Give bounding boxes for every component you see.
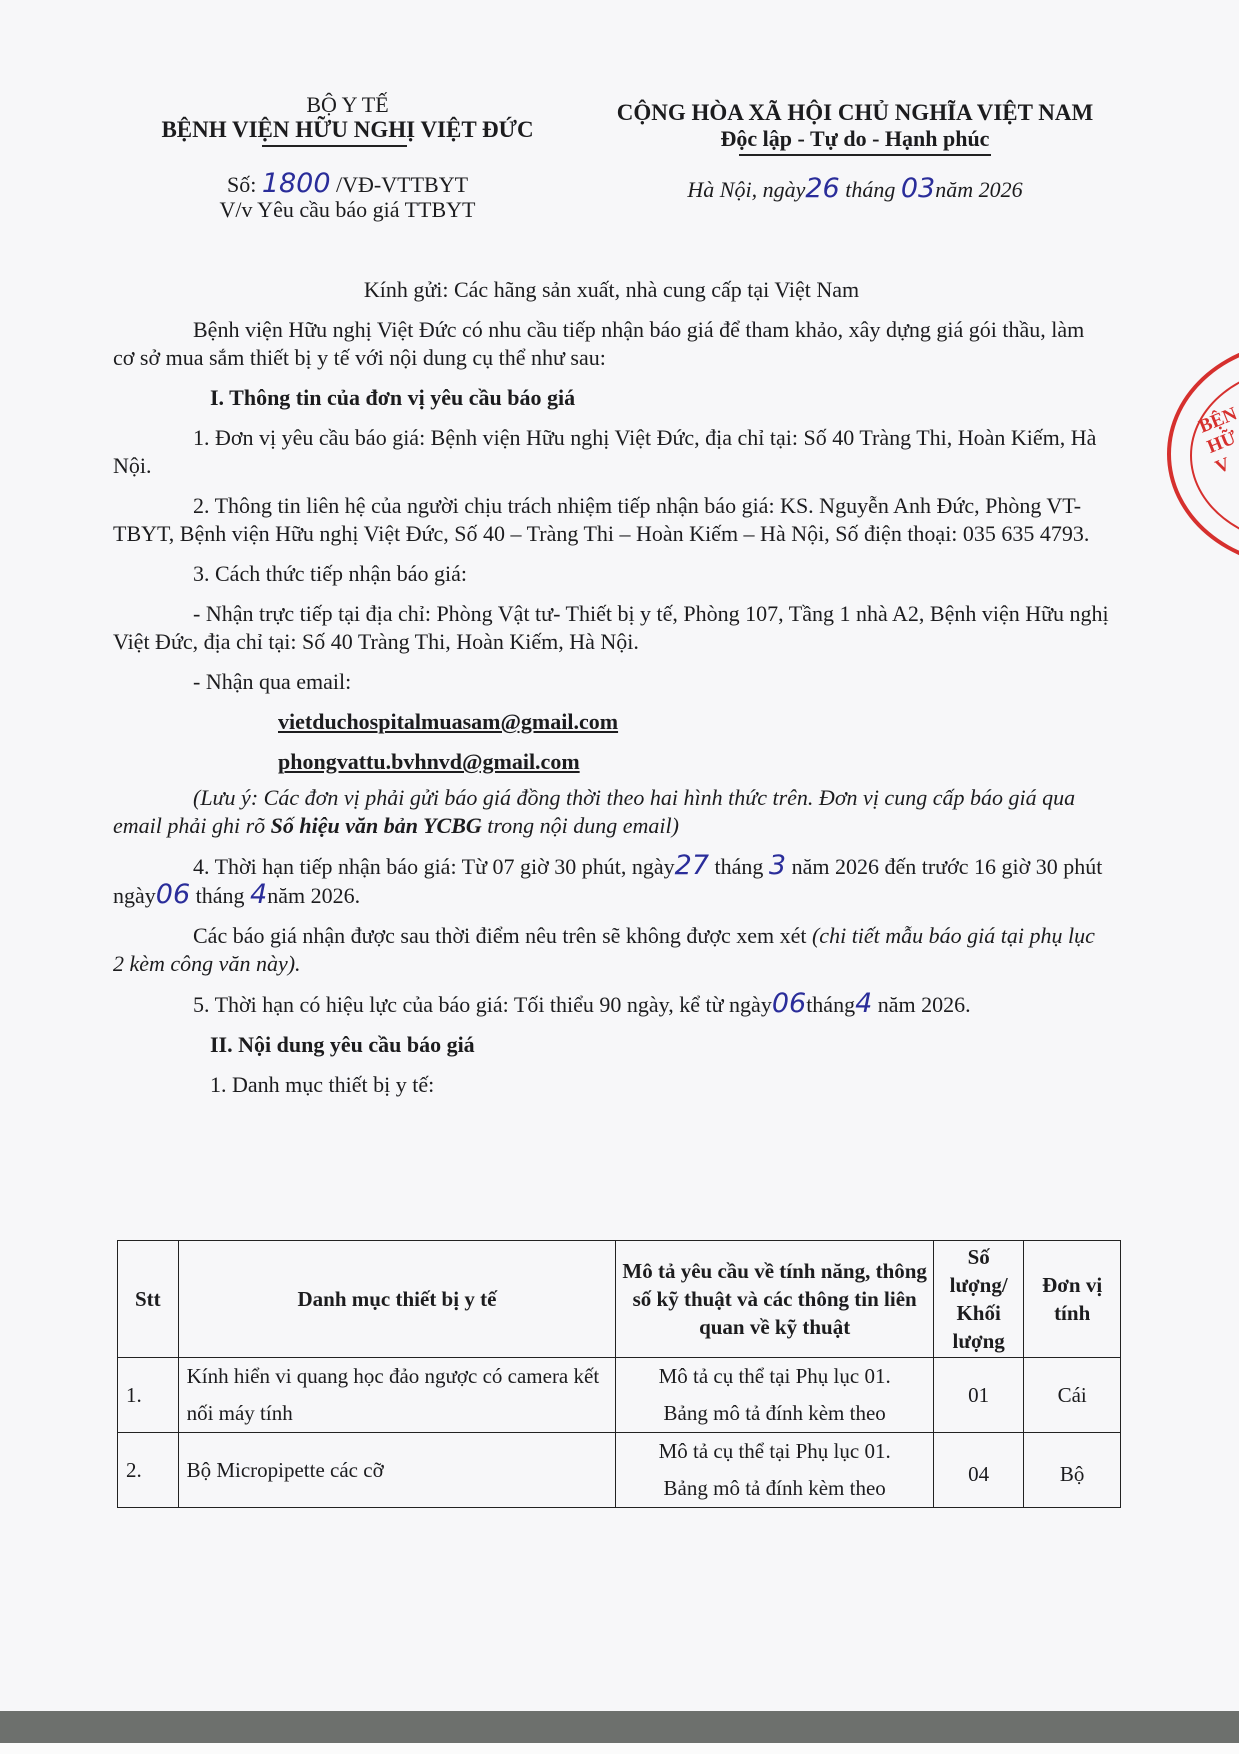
national-header: CỘNG HÒA XÃ HỘI CHỦ NGHĨA VIỆT NAM Độc l… xyxy=(585,100,1125,203)
equipment-table: Stt Danh mục thiết bị y tế Mô tả yêu cầu… xyxy=(117,1240,1121,1508)
direct-delivery-info: - Nhận trực tiếp tại địa chỉ: Phòng Vật … xyxy=(113,600,1110,656)
document-subject: V/v Yêu cầu báo giá TTBYT xyxy=(130,198,565,222)
motto-underline xyxy=(739,154,991,156)
description-line-2: Bảng mô tả đính kèm theo xyxy=(624,1395,925,1432)
intro-paragraph: Bệnh viện Hữu nghị Việt Đức có nhu cầu t… xyxy=(113,316,1110,372)
ministry-name: BỘ Y TẾ xyxy=(130,93,565,117)
doc-number-suffix: /VĐ-VTTBYT xyxy=(336,172,468,197)
handwritten-validity-month: 4 xyxy=(855,988,872,1019)
scanner-bottom-margin xyxy=(0,1743,1239,1754)
cell-stt: 1. xyxy=(118,1358,179,1433)
description-line-1: Mô tả cụ thể tại Phụ lục 01. xyxy=(624,1433,925,1470)
section-1-item-3: 3. Cách thức tiếp nhận báo giá: xyxy=(113,560,1110,588)
scanner-edge-bar xyxy=(0,1711,1239,1743)
description-line-2: Bảng mô tả đính kèm theo xyxy=(624,1470,925,1507)
handwritten-validity-day: 06 xyxy=(772,988,806,1019)
item5-text-b: tháng xyxy=(806,992,855,1017)
hospital-name: BỆNH VIỆN HỮU NGHỊ VIỆT ĐỨC xyxy=(130,117,565,143)
date-prefix: Hà Nội, ngày xyxy=(687,177,805,202)
cell-description: Mô tả cụ thể tại Phụ lục 01. Bảng mô tả … xyxy=(616,1358,934,1433)
description-line-1: Mô tả cụ thể tại Phụ lục 01. xyxy=(624,1358,925,1395)
document-number: Số: 1800 /VĐ-VTTBYT xyxy=(130,171,565,198)
header-quantity: Số lượng/ Khối lượng xyxy=(934,1241,1024,1358)
date-year: năm 2026 xyxy=(935,177,1022,202)
email-delivery-label: - Nhận qua email: xyxy=(113,668,1110,696)
cell-stt: 2. xyxy=(118,1433,179,1508)
handwritten-doc-number: 1800 xyxy=(262,168,331,199)
item4-text-a: 4. Thời hạn tiếp nhận báo giá: Từ 07 giờ… xyxy=(193,854,675,879)
late-submission-note: Các báo giá nhận được sau thời điểm nêu … xyxy=(113,922,1110,978)
cell-equipment-name: Bộ Micropipette các cỡ xyxy=(178,1433,616,1508)
date-month-label: tháng xyxy=(845,177,895,202)
handwritten-month: 03 xyxy=(901,173,935,204)
note-text-2: trong nội dung email) xyxy=(482,813,679,838)
item4-text-e: năm 2026. xyxy=(267,883,360,908)
header-description: Mô tả yêu cầu về tính năng, thông số kỹ … xyxy=(616,1241,934,1358)
national-motto: Độc lập - Tự do - Hạnh phúc xyxy=(585,126,1125,152)
section-2-subtitle: 1. Danh mục thiết bị y tế: xyxy=(113,1071,1110,1099)
table-row: 1. Kính hiển vi quang học đảo ngược có c… xyxy=(118,1358,1121,1433)
document-body: Kính gửi: Các hãng sản xuất, nhà cung cấ… xyxy=(113,276,1110,1099)
note-bold-text: Số hiệu văn bản YCBG xyxy=(271,813,482,838)
issuer-header: BỘ Y TẾ BỆNH VIỆN HỮU NGHỊ VIỆT ĐỨC Số: … xyxy=(130,93,565,222)
item4-text-b: tháng xyxy=(715,854,764,879)
handwritten-start-day: 27 xyxy=(675,850,709,881)
header-stt: Stt xyxy=(118,1241,179,1358)
header-equipment-name: Danh mục thiết bị y tế xyxy=(178,1241,616,1358)
republic-title: CỘNG HÒA XÃ HỘI CHỦ NGHĨA VIỆT NAM xyxy=(585,100,1125,126)
handwritten-end-month: 4 xyxy=(250,879,267,910)
handwritten-start-month: 3 xyxy=(769,850,786,881)
recipient-line: Kính gửi: Các hãng sản xuất, nhà cung cấ… xyxy=(113,276,1110,304)
cell-quantity: 01 xyxy=(934,1358,1024,1433)
submission-note: (Lưu ý: Các đơn vị phải gửi báo giá đồng… xyxy=(113,784,1110,840)
doc-number-label: Số: xyxy=(227,172,256,197)
header-unit: Đơn vị tính xyxy=(1024,1241,1121,1358)
section-1-title: I. Thông tin của đơn vị yêu cầu báo giá xyxy=(113,384,1110,412)
cell-quantity: 04 xyxy=(934,1433,1024,1508)
cell-unit: Bộ xyxy=(1024,1433,1121,1508)
item5-text-c: năm 2026. xyxy=(878,992,971,1017)
email-link-2[interactable]: phongvattu.bvhnvd@gmail.com xyxy=(113,748,1110,776)
late-note-text: Các báo giá nhận được sau thời điểm nêu … xyxy=(193,923,812,948)
scanned-document-page: BỘ Y TẾ BỆNH VIỆN HỮU NGHỊ VIỆT ĐỨC Số: … xyxy=(0,0,1239,1720)
section-1-item-1: 1. Đơn vị yêu cầu báo giá: Bệnh viện Hữu… xyxy=(113,424,1110,480)
item4-text-d: tháng xyxy=(196,883,245,908)
section-2-title: II. Nội dung yêu cầu báo giá xyxy=(113,1031,1110,1059)
handwritten-day: 26 xyxy=(805,173,839,204)
header-underline xyxy=(262,145,407,147)
table-header-row: Stt Danh mục thiết bị y tế Mô tả yêu cầu… xyxy=(118,1241,1121,1358)
cell-unit: Cái xyxy=(1024,1358,1121,1433)
cell-equipment-name: Kính hiển vi quang học đảo ngược có came… xyxy=(178,1358,616,1433)
handwritten-end-day: 06 xyxy=(156,879,190,910)
section-1-item-4: 4. Thời hạn tiếp nhận báo giá: Từ 07 giờ… xyxy=(113,852,1110,910)
document-date: Hà Nội, ngày26 tháng 03năm 2026 xyxy=(585,176,1125,203)
table-row: 2. Bộ Micropipette các cỡ Mô tả cụ thể t… xyxy=(118,1433,1121,1508)
email-link-1[interactable]: vietduchospitalmuasam@gmail.com xyxy=(113,708,1110,736)
item5-text-a: 5. Thời hạn có hiệu lực của báo giá: Tối… xyxy=(193,992,772,1017)
section-1-item-5: 5. Thời hạn có hiệu lực của báo giá: Tối… xyxy=(113,990,1110,1019)
section-1-item-2: 2. Thông tin liên hệ của người chịu trác… xyxy=(113,492,1110,548)
cell-description: Mô tả cụ thể tại Phụ lục 01. Bảng mô tả … xyxy=(616,1433,934,1508)
